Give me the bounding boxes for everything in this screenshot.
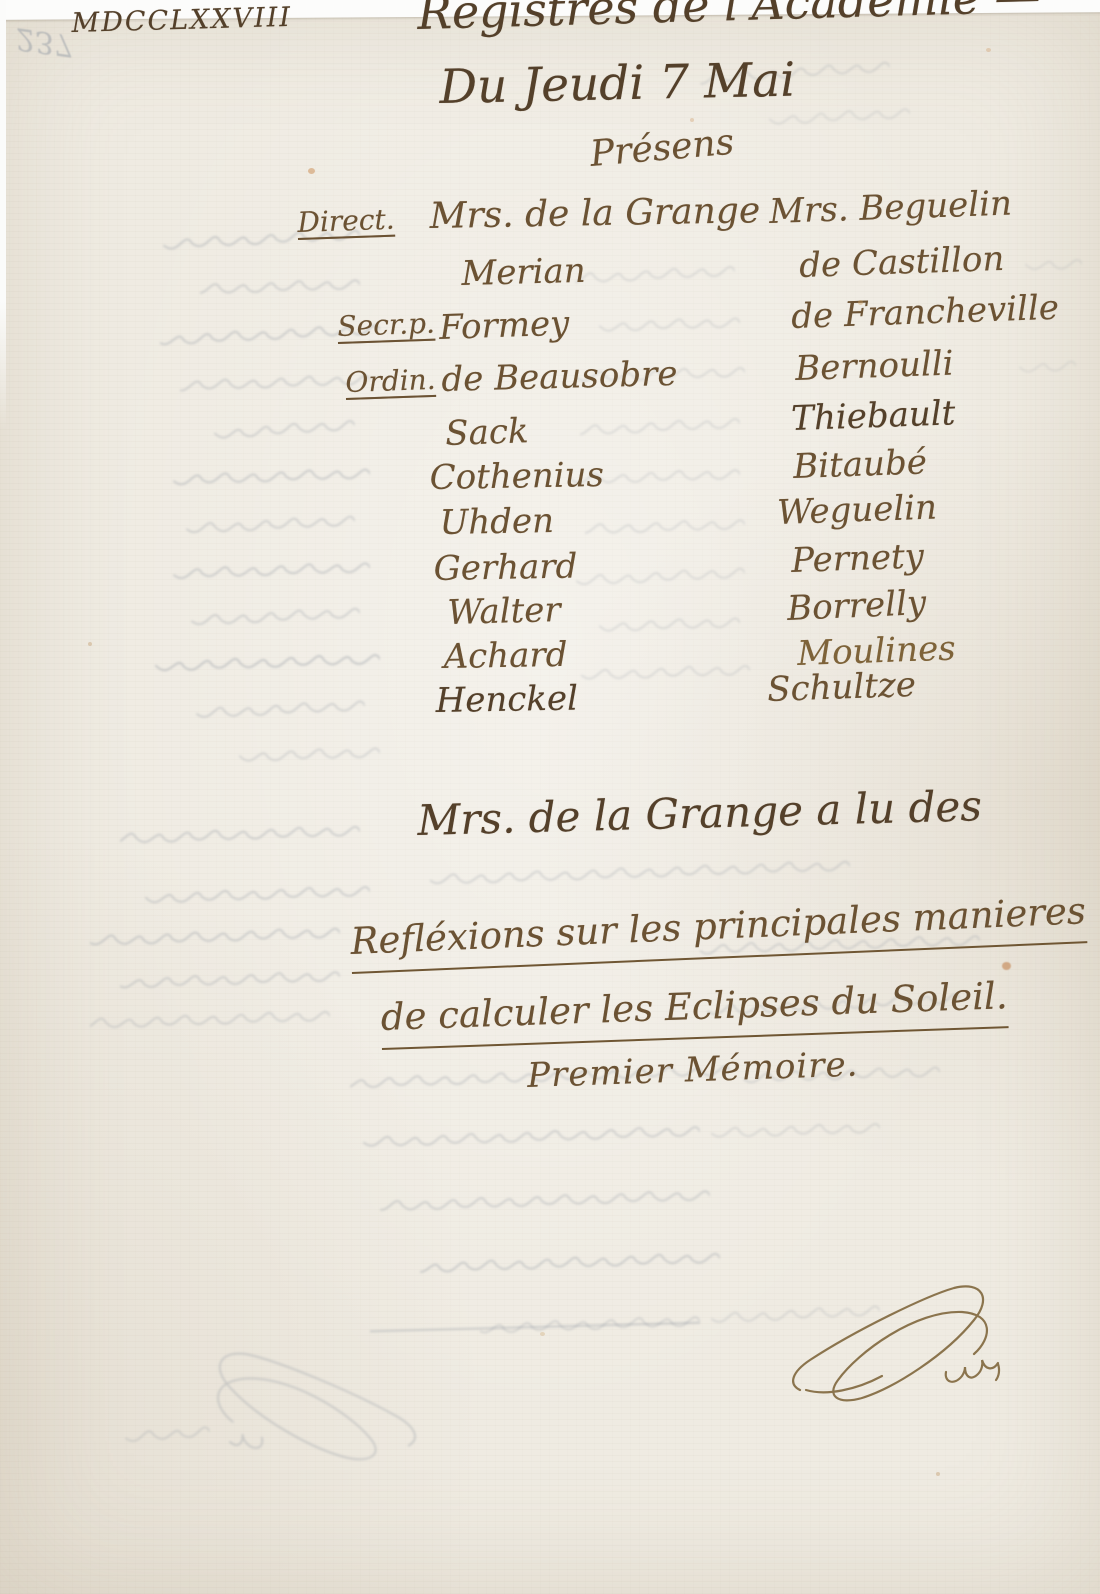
role-label-secretary: Secr.p. <box>337 307 436 343</box>
role-label-director: Direct. <box>297 203 395 239</box>
attendee-name: Bitaubé <box>793 442 928 487</box>
attendee-name: Sack <box>445 411 530 454</box>
attendee-name: Thiebault <box>791 393 956 439</box>
attendee-name: Pernety <box>791 536 925 581</box>
manuscript-page: 237 MDCCLXXVIII Registres de l'Academie … <box>0 0 1100 1594</box>
attendee-name: Weguelin <box>777 487 938 533</box>
attendee-name: Walter <box>447 590 561 633</box>
attendee-name: Mrs. Beguelin <box>769 184 1013 232</box>
attendee-name: Henckel <box>435 679 578 721</box>
attendee-name: Uhden <box>439 501 554 543</box>
attendee-name: Merian <box>461 251 586 294</box>
role-label-ordinary: Ordin. <box>345 363 436 399</box>
year-roman: MDCCLXXVIII <box>71 2 292 39</box>
session-date: Du Jeudi 7 Mai <box>439 53 796 115</box>
attendee-name: de Beausobre <box>441 354 678 400</box>
attendee-name: Mrs. de la Grange <box>429 190 760 237</box>
attendee-name: Schultze <box>767 665 917 710</box>
scan-edge-left <box>0 0 6 430</box>
attendee-name: Cothenius <box>429 455 604 498</box>
attendee-name: Borrelly <box>786 583 927 629</box>
attendee-name: Gerhard <box>433 546 577 589</box>
signature-flourish <box>786 1272 1026 1422</box>
attendee-name: de Castillon <box>799 239 1005 286</box>
attendee-name: Achard <box>443 635 567 677</box>
attendee-name: Formey <box>439 303 570 348</box>
attendee-name: Bernoulli <box>795 344 955 389</box>
